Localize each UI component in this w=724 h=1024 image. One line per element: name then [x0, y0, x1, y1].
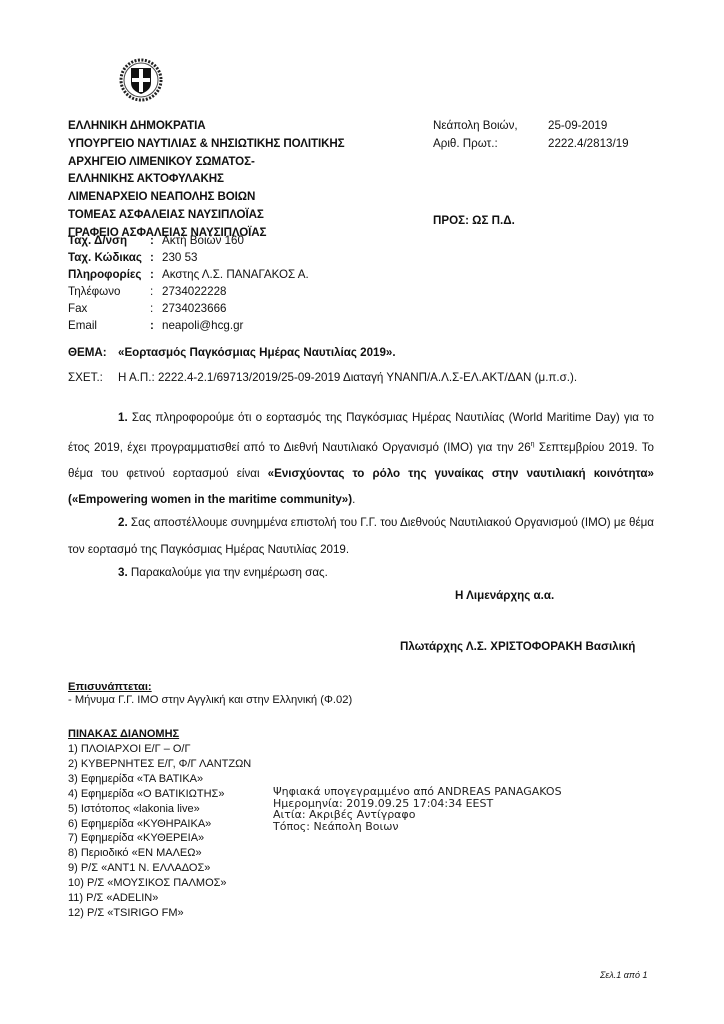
reference-text: Η Α.Π.: 2222.4-2.1/69713/2019/25-09-2019… — [118, 371, 577, 384]
paragraph-2: 2. Σας αποστέλλουμε συνημμένα επιστολή τ… — [68, 510, 654, 563]
list-item: 2) ΚΥΒΕΡΝΗΤΕΣ Ε/Γ, Φ/Γ ΛΑΝΤΖΩΝ — [68, 757, 251, 772]
subject-text: «Εορτασμός Παγκόσμιας Ημέρας Ναυτιλίας 2… — [118, 346, 396, 359]
greek-coat-of-arms-icon — [118, 57, 164, 103]
document-date: 25-09-2019 — [548, 117, 607, 135]
list-item: 7) Εφημερίδα «ΚΥΘΕΡΕΙΑ» — [68, 831, 251, 846]
list-item: 5) Ιστότοπος «lakonia live» — [68, 802, 251, 817]
attachment-item: - Μήνυμα Γ.Γ. IMO στην Αγγλική και στην … — [68, 694, 352, 706]
info-label: Πληροφορίες — [68, 267, 150, 284]
paragraph-number: 3. — [118, 566, 128, 579]
page-number: Σελ.1 από 1 — [600, 970, 647, 980]
issuing-authority-header: ΕΛΛΗΝΙΚΗ ΔΗΜΟΚΡΑΤΙΑ ΥΠΟΥΡΓΕΙΟ ΝΑΥΤΙΛΙΑΣ … — [68, 117, 345, 242]
header-line: ΑΡΧΗΓΕΙΟ ΛΙΜΕΝΙΚΟΥ ΣΩΜΑΤΟΣ- — [68, 153, 345, 171]
digital-signature-stamp: Ψηφιακά υπογεγραμμένο από ANDREAS PANAGA… — [273, 786, 562, 832]
header-line: ΕΛΛΗΝΙΚΗ ΔΗΜΟΚΡΑΤΙΑ — [68, 117, 345, 135]
protocol-number: 2222.4/2813/19 — [548, 135, 629, 153]
email-value: neapoli@hcg.gr — [162, 318, 243, 335]
paragraph-number: 2. — [118, 516, 128, 529]
postal-code-value: 230 53 — [162, 250, 197, 267]
subject-line: ΘΕΜΑ:«Εορτασμός Παγκόσμιας Ημέρας Ναυτιλ… — [68, 346, 396, 359]
phone-value: 2734022228 — [162, 284, 226, 301]
address-value: Ακτή Βοιών 160 — [162, 233, 244, 250]
signatory-name: Πλωτάρχης Λ.Σ. ΧΡΙΣΤΟΦΟΡΑΚΗ Βασιλική — [400, 640, 635, 653]
email-label: Email — [68, 318, 150, 335]
reference-line: ΣΧΕΤ.:Η Α.Π.: 2222.4-2.1/69713/2019/25-0… — [68, 371, 577, 384]
list-item: 3) Εφημερίδα «ΤΑ ΒΑΤΙΚΑ» — [68, 772, 251, 787]
fax-value: 2734023666 — [162, 301, 226, 318]
colon: : — [150, 318, 162, 335]
attachments-title: Επισυνάπτεται: — [68, 681, 152, 693]
digital-signature-line: Ψηφιακά υπογεγραμμένο από ANDREAS PANAGA… — [273, 786, 562, 798]
protocol-label: Αριθ. Πρωτ.: — [433, 135, 548, 153]
list-item: 12) Ρ/Σ «TSIRIGO FM» — [68, 906, 251, 921]
colon: : — [150, 233, 162, 250]
document-meta: Νεάπολη Βοιών, 25-09-2019 Αριθ. Πρωτ.: 2… — [433, 117, 629, 153]
colon: : — [150, 301, 162, 318]
fax-label: Fax — [68, 301, 150, 318]
list-item: 11) Ρ/Σ «ADELIN» — [68, 891, 251, 906]
postal-code-label: Ταχ. Κώδικας — [68, 250, 150, 267]
reference-label: ΣΧΕΤ.: — [68, 371, 118, 384]
list-item: 6) Εφημερίδα «ΚΥΘΗΡΑΙΚΑ» — [68, 817, 251, 832]
distribution-title: ΠΙΝΑΚΑΣ ΔΙΑΝΟΜΗΣ — [68, 728, 179, 740]
header-line: ΛΙΜΕΝΑΡΧΕΙΟ ΝΕΑΠΟΛΗΣ ΒΟΙΩΝ — [68, 188, 345, 206]
header-line: ΕΛΛΗΝΙΚΗΣ ΑΚΤΟΦΥΛΑΚΗΣ — [68, 170, 345, 188]
distribution-list: 1) ΠΛΟΙΑΡΧΟΙ Ε/Γ – Ο/Γ 2) ΚΥΒΕΡΝΗΤΕΣ Ε/Γ… — [68, 742, 251, 921]
paragraph-3: 3. Παρακαλούμε για την ενημέρωση σας. — [68, 560, 654, 587]
header-line: ΥΠΟΥΡΓΕΙΟ ΝΑΥΤΙΛΙΑΣ & ΝΗΣΙΩΤΙΚΗΣ ΠΟΛΙΤΙΚ… — [68, 135, 345, 153]
list-item: 10) Ρ/Σ «ΜΟΥΣΙΚΟΣ ΠΑΛΜΟΣ» — [68, 876, 251, 891]
paragraph-text: Σας αποστέλλουμε συνημμένα επιστολή του … — [68, 516, 654, 556]
colon: : — [150, 267, 162, 284]
paragraph-text: Παρακαλούμε για την ενημέρωση σας. — [128, 566, 328, 579]
paragraph-end: . — [352, 493, 355, 506]
paragraph-1: 1. Σας πληροφορούμε ότι ο εορτασμός της … — [68, 405, 654, 514]
info-value: Ακστης Λ.Σ. ΠΑΝΑΓΑΚΟΣ Α. — [162, 267, 309, 284]
paragraph-number: 1. — [118, 411, 128, 424]
list-item: 9) Ρ/Σ «ΑΝΤ1 Ν. ΕΛΛΑΔΟΣ» — [68, 861, 251, 876]
list-item: 4) Εφημερίδα «Ο ΒΑΤΙΚΙΩΤΗΣ» — [68, 787, 251, 802]
colon: : — [150, 250, 162, 267]
phone-label: Τηλέφωνο — [68, 284, 150, 301]
digital-signature-line: Τόπος: Νεάπολη Βοιων — [273, 821, 562, 833]
subject-label: ΘΕΜΑ: — [68, 346, 118, 359]
header-line: ΤΟΜΕΑΣ ΑΣΦΑΛΕΙΑΣ ΝΑΥΣΙΠΛΟΪΑΣ — [68, 206, 345, 224]
contact-info: Ταχ. Δ/νση:Ακτή Βοιών 160 Ταχ. Κώδικας:2… — [68, 233, 309, 334]
recipient: ΠΡΟΣ: ΩΣ Π.Δ. — [433, 214, 515, 227]
address-label: Ταχ. Δ/νση — [68, 233, 150, 250]
colon: : — [150, 284, 162, 301]
place-label: Νεάπολη Βοιών, — [433, 117, 548, 135]
list-item: 8) Περιοδικό «ΕΝ ΜΑΛΕΩ» — [68, 846, 251, 861]
list-item: 1) ΠΛΟΙΑΡΧΟΙ Ε/Γ – Ο/Γ — [68, 742, 251, 757]
signatory-role: Η Λιμενάρχης α.α. — [455, 589, 554, 602]
